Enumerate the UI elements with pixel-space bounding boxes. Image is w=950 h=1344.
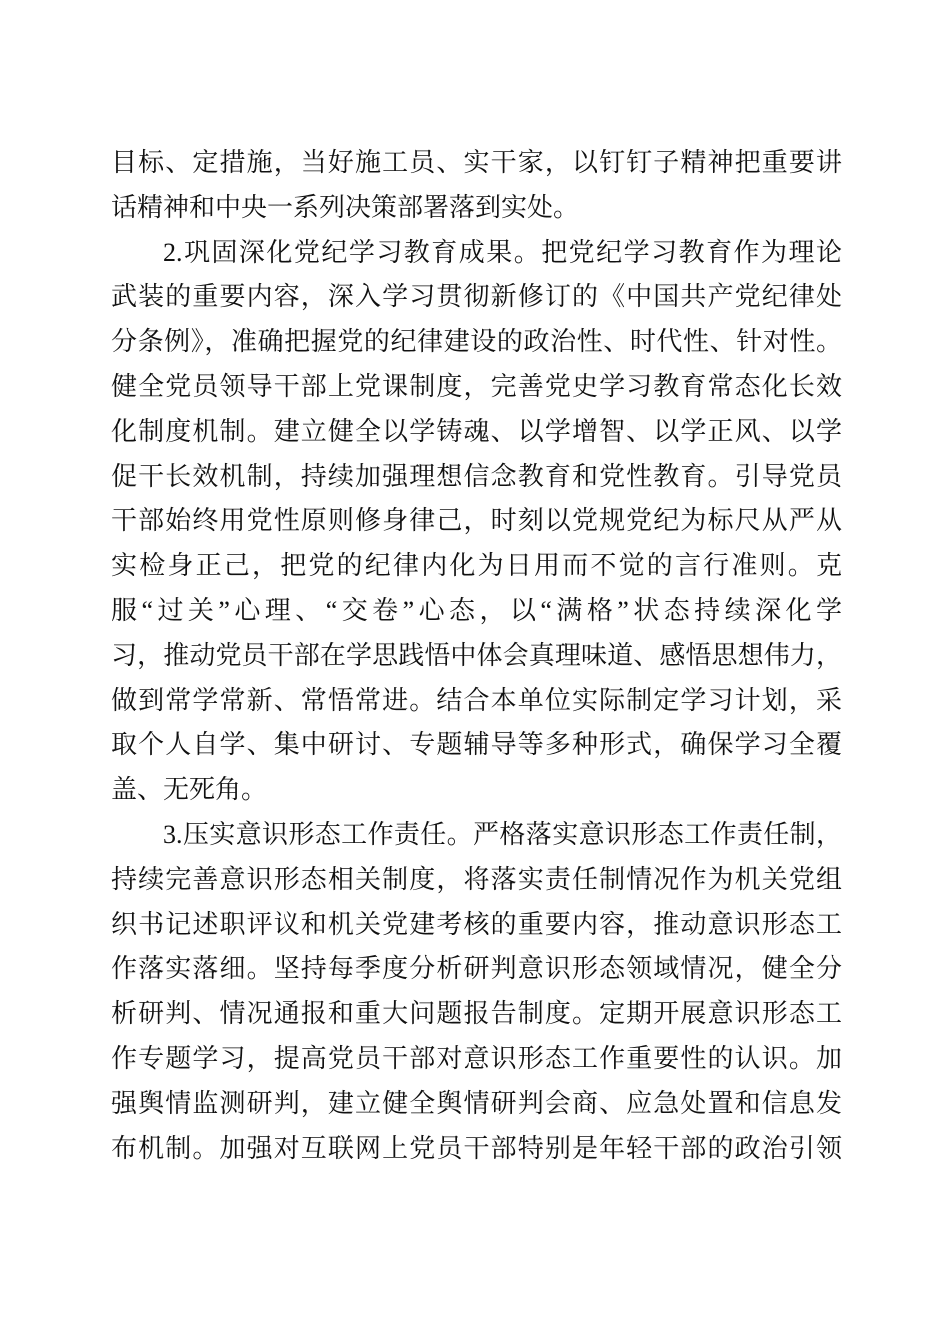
- text-line: 取个人自学、集中研讨、专题辅导等多种形式，确保学习全覆: [111, 723, 842, 768]
- text-line: 武装的重要内容，深入学习贯彻新修订的《中国共产党纪律处: [111, 275, 842, 320]
- document-page: 目标、定措施，当好施工员、实干家，以钉钉子精神把重要讲话精神和中央一系列决策部署…: [0, 0, 950, 1344]
- text-line: 布机制。加强对互联网上党员干部特别是年轻干部的政治引领: [111, 1127, 842, 1172]
- text-line: 作落实落细。坚持每季度分析研判意识形态领域情况，健全分: [111, 947, 842, 992]
- text-line: 健全党员领导干部上党课制度，完善党史学习教育常态化长效: [111, 365, 842, 410]
- text-line: 3.压实意识形态工作责任。严格落实意识形态工作责任制，: [111, 813, 842, 858]
- text-line: 2.巩固深化党纪学习教育成果。把党纪学习教育作为理论: [111, 231, 842, 276]
- text-line: 作专题学习，提高党员干部对意识形态工作重要性的认识。加: [111, 1037, 842, 1082]
- text-line: 分条例》，准确把握党的纪律建设的政治性、时代性、针对性。: [111, 320, 842, 365]
- text-line: 做到常学常新、常悟常进。结合本单位实际制定学习计划，采: [111, 679, 842, 724]
- text-line: 习，推动党员干部在学思践悟中体会真理味道、感悟思想伟力，: [111, 634, 842, 679]
- text-line: 话精神和中央一系列决策部署落到实处。: [111, 186, 842, 231]
- document-canvas: { "page": { "background_color": "#ffffff…: [0, 0, 950, 1344]
- text-line: 强舆情监测研判，建立健全舆情研判会商、应急处置和信息发: [111, 1082, 842, 1127]
- text-line: 干部始终用党性原则修身律己，时刻以党规党纪为标尺从严从: [111, 499, 842, 544]
- text-block: 目标、定措施，当好施工员、实干家，以钉钉子精神把重要讲话精神和中央一系列决策部署…: [111, 141, 842, 1171]
- text-line: 化制度机制。建立健全以学铸魂、以学增智、以学正风、以学: [111, 410, 842, 455]
- text-line: 实检身正己，把党的纪律内化为日用而不觉的言行准则。克: [111, 544, 842, 589]
- text-line: 持续完善意识形态相关制度，将落实责任制情况作为机关党组: [111, 858, 842, 903]
- text-line: 盖、无死角。: [111, 768, 842, 813]
- text-line: 服“过关”心理、“交卷”心态，以“满格”状态持续深化学: [111, 589, 842, 634]
- text-line: 析研判、情况通报和重大问题报告制度。定期开展意识形态工: [111, 992, 842, 1037]
- text-line: 目标、定措施，当好施工员、实干家，以钉钉子精神把重要讲: [111, 141, 842, 186]
- text-line: 织书记述职评议和机关党建考核的重要内容，推动意识形态工: [111, 903, 842, 948]
- text-line: 促干长效机制，持续加强理想信念教育和党性教育。引导党员: [111, 455, 842, 500]
